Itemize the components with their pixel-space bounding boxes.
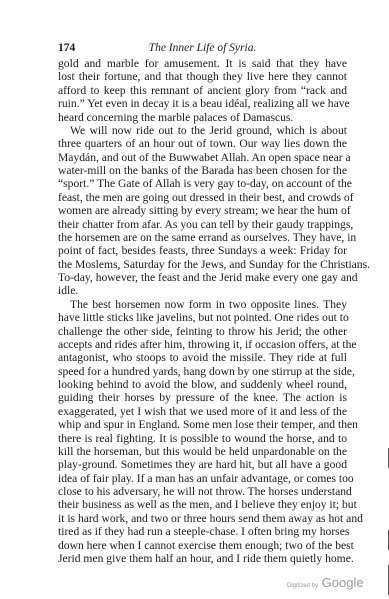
text-line: To-day, however, the feast and the Jerid…: [58, 271, 347, 284]
watermark-prefix: Digitized by: [287, 583, 318, 589]
text-line: the horsemen are on the same errand as o…: [58, 231, 347, 244]
text-line: afford to keep this remnant of ancient g…: [58, 84, 347, 97]
text-line: whip and spur in England. Some men lose …: [58, 418, 347, 431]
text-line: tired as if they had run a steeple-chase…: [58, 525, 347, 538]
text-line: kill the horseman, but this would be hel…: [58, 445, 347, 458]
text-line: heard concerning the marble palaces of D…: [58, 111, 347, 124]
text-line: three quarters of an hour out of town. O…: [58, 137, 347, 150]
text-line: it is hard work, and two or three hours …: [58, 512, 347, 525]
text-line: ruin.” Yet even in decay it is a beau id…: [58, 97, 347, 110]
text-line: there is real fighting. It is possible t…: [58, 432, 347, 445]
watermark-brand: Google: [322, 575, 364, 590]
text-line: “sport.” The Gate of Allah is very gay t…: [58, 177, 347, 190]
text-line: Jerid men give them half an hour, and I …: [58, 552, 347, 565]
running-title: The Inner Life of Syria.: [58, 42, 347, 54]
text-line: feast, the men are going out dressed in …: [58, 191, 347, 204]
text-line: have little sticks like javelins, but no…: [58, 311, 347, 324]
text-line: lost their fortune, and that though they…: [58, 70, 347, 83]
text-line: idle.: [58, 284, 347, 297]
page-body: gold and marble for amusement. It is sai…: [58, 57, 347, 565]
text-line: water-mill on the banks of the Barada ha…: [58, 164, 347, 177]
text-line: We will now ride out to the Jerid ground…: [58, 124, 347, 137]
text-line: antagonist, who stoops to avoid the miss…: [58, 351, 347, 364]
text-line: their chatter from afar. As you can tell…: [58, 218, 347, 231]
text-line: women are already sitting by every strea…: [58, 204, 347, 217]
digitized-by-google-watermark: Digitized by Google: [287, 575, 364, 590]
text-line: looking behind to avoid the blow, and su…: [58, 378, 347, 391]
text-line: close to his adversary, he will not thro…: [58, 485, 347, 498]
text-line: down here when I cannot exercise them en…: [58, 539, 347, 552]
text-line: guiding their horses by pressure of the …: [58, 391, 347, 404]
text-line: gold and marble for amusement. It is sai…: [58, 57, 347, 70]
text-line: play-ground. Sometimes they are hard hit…: [58, 458, 347, 471]
text-line: speed for a hundred yards, hang down by …: [58, 365, 347, 378]
text-line: accepts and rides after him, throwing it…: [58, 338, 347, 351]
text-line: point of fact, besides feasts, three Sun…: [58, 244, 347, 257]
text-line: exaggerated, yet I wish that we used mor…: [58, 405, 347, 418]
text-line: challenge the other side, feinting to th…: [58, 325, 347, 338]
page-header: 174 The Inner Life of Syria.: [58, 42, 347, 56]
text-line: the Moslems, Saturday for the Jews, and …: [58, 258, 347, 271]
text-line: their business as well as the men, and I…: [58, 498, 347, 511]
text-line: idea of fair play. If a man has an unfai…: [58, 472, 347, 485]
text-line: Maydán, and out of the Buwwabet Allah. A…: [58, 151, 347, 164]
text-line: The best horsemen now form in two opposi…: [58, 298, 347, 311]
